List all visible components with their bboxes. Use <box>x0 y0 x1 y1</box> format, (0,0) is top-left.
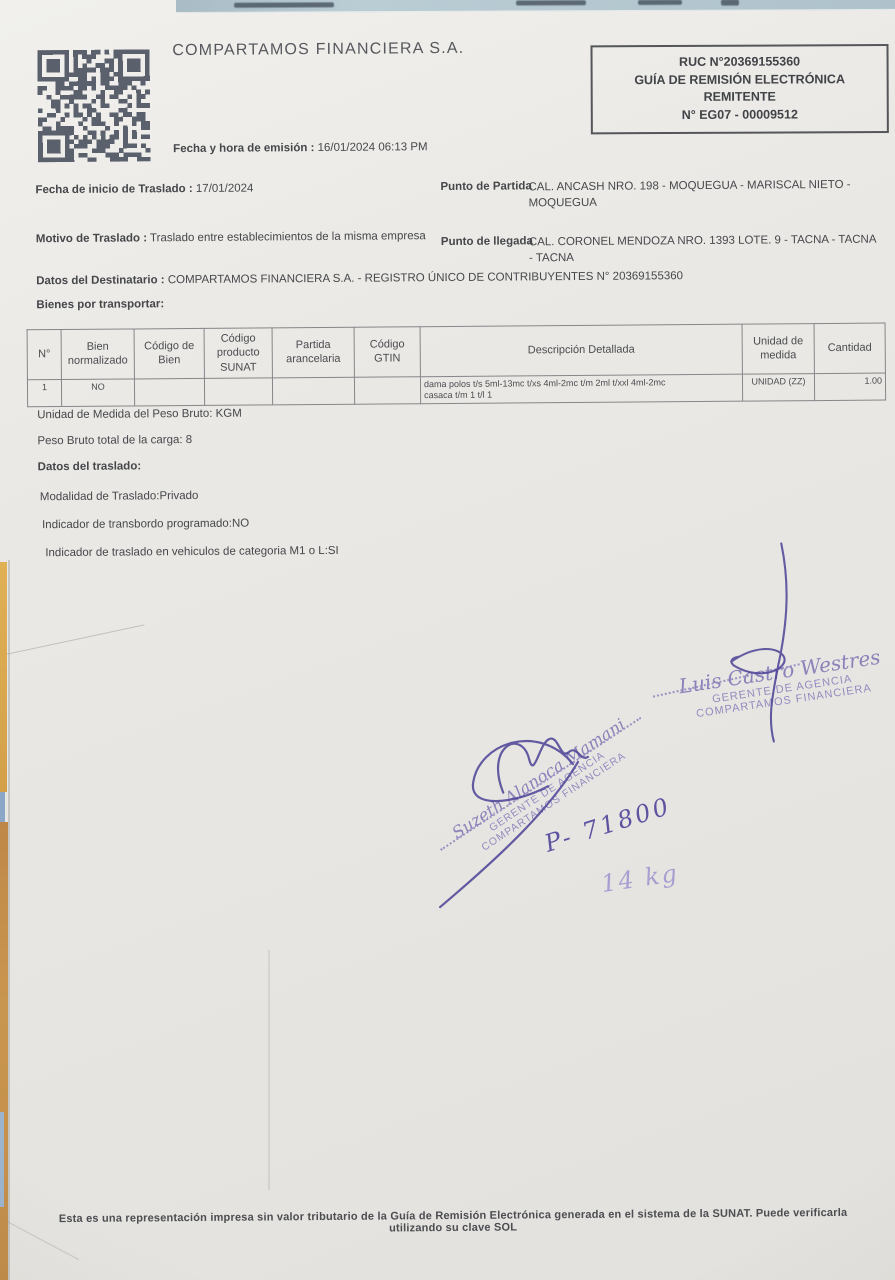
goods-table: N° Bien normalizado Código de Bien Códig… <box>27 323 887 408</box>
cell-tariff <box>272 377 354 405</box>
cell-gtin <box>354 377 420 405</box>
transfer-data-title: Datos del traslado: <box>38 460 142 473</box>
pen-signature-right <box>660 524 895 761</box>
transfer-start-value: 17/01/2024 <box>196 183 254 195</box>
col-header-normalized: Bien normalizado <box>61 329 134 379</box>
transfer-reason: Motivo de Traslado : Traslado entre esta… <box>36 230 426 245</box>
modality-line: Modalidad de Traslado:Privado <box>40 490 199 503</box>
stamp-right: Luis Castro Westres GERENTE DE AGENCIA C… <box>664 643 895 724</box>
document-type: GUÍA DE REMISIÓN ELECTRÓNICA <box>595 71 885 90</box>
goods-table-row: 1 NO dama polos t/s 5ml-13mc t/xs 4ml-2m… <box>27 373 885 407</box>
col-header-number: N° <box>27 330 61 380</box>
cell-sunat-code <box>204 378 272 406</box>
company-name: COMPARTAMOS FINANCIERA S.A. <box>172 40 464 60</box>
cell-number: 1 <box>27 379 61 407</box>
col-header-sunat-code: Código producto SUNAT <box>204 328 272 378</box>
document-number: N° EG07 - 00009512 <box>595 106 885 125</box>
document-id-box: RUC N°20369155360 GUÍA DE REMISIÓN ELECT… <box>590 44 888 134</box>
consignee-value: COMPARTAMOS FINANCIERA S.A. - REGISTRO Ú… <box>168 270 683 286</box>
origin-label: Punto de Partida <box>440 180 531 193</box>
underlying-sheet-blue <box>0 1112 4 1207</box>
col-header-item-code: Código de Bien <box>134 328 204 378</box>
consignee: Datos del Destinatario : COMPARTAMOS FIN… <box>36 270 683 287</box>
document-subtype: REMITENTE <box>595 88 885 107</box>
arrival-value: CAL. CORONEL MENDOZA NRO. 1393 LOTE. 9 -… <box>529 233 881 267</box>
cell-unit: UNIDAD (ZZ) <box>742 374 814 402</box>
vehicle-category-line: Indicador de traslado en vehiculos de ca… <box>45 545 339 559</box>
transfer-reason-label: Motivo de Traslado : <box>36 232 147 245</box>
handwritten-weight: 14 kg <box>599 859 680 898</box>
col-header-gtin: Código GTIN <box>354 327 420 377</box>
goods-table-header-row: N° Bien normalizado Código de Bien Códig… <box>27 323 885 380</box>
origin-value: CAL. ANCASH NRO. 198 - MOQUEGUA - MARISC… <box>528 178 880 212</box>
ruc-number: RUC N°20369155360 <box>595 53 885 72</box>
col-header-description: Descripción Detallada <box>420 324 742 376</box>
emission-value: 16/01/2024 06:13 PM <box>318 141 428 154</box>
transfer-start-date: Fecha de inicio de Traslado : 17/01/2024 <box>35 183 253 197</box>
col-header-tariff: Partida arancelaria <box>272 327 354 378</box>
scanned-document-photo: COMPARTAMOS FINANCIERA S.A. RUC N°203691… <box>0 0 895 1280</box>
qr-code-icon <box>34 49 153 162</box>
cell-description: dama polos t/s 5ml-13mc t/xs 4ml-2mc t/m… <box>420 374 742 404</box>
remission-guide-document: COMPARTAMOS FINANCIERA S.A. RUC N°203691… <box>0 0 895 1280</box>
col-header-unit: Unidad de medida <box>742 324 814 374</box>
arrival-label: Punto de llegada <box>441 235 533 248</box>
gross-weight-line: Peso Bruto total de la carga: 8 <box>37 434 192 447</box>
cell-quantity: 1.00 <box>814 373 885 401</box>
transfer-start-label: Fecha de inicio de Traslado : <box>35 183 192 196</box>
transshipment-line: Indicador de transbordo programado:NO <box>42 518 249 532</box>
emission-datetime: Fecha y hora de emisión : 16/01/2024 06:… <box>173 141 428 155</box>
transfer-reason-value: Traslado entre establecimientos de la mi… <box>150 230 426 244</box>
cell-normalized: NO <box>61 379 134 407</box>
col-header-quantity: Cantidad <box>814 323 885 373</box>
consignee-label: Datos del Destinatario : <box>36 274 165 287</box>
goods-section-title: Bienes por transportar: <box>36 298 164 311</box>
cell-item-code <box>134 378 204 406</box>
weight-unit-line: Unidad de Medida del Peso Bruto: KGM <box>37 408 242 422</box>
footer-disclaimer: Esta es una representación impresa sin v… <box>35 1207 870 1238</box>
emission-label: Fecha y hora de emisión : <box>173 142 314 155</box>
